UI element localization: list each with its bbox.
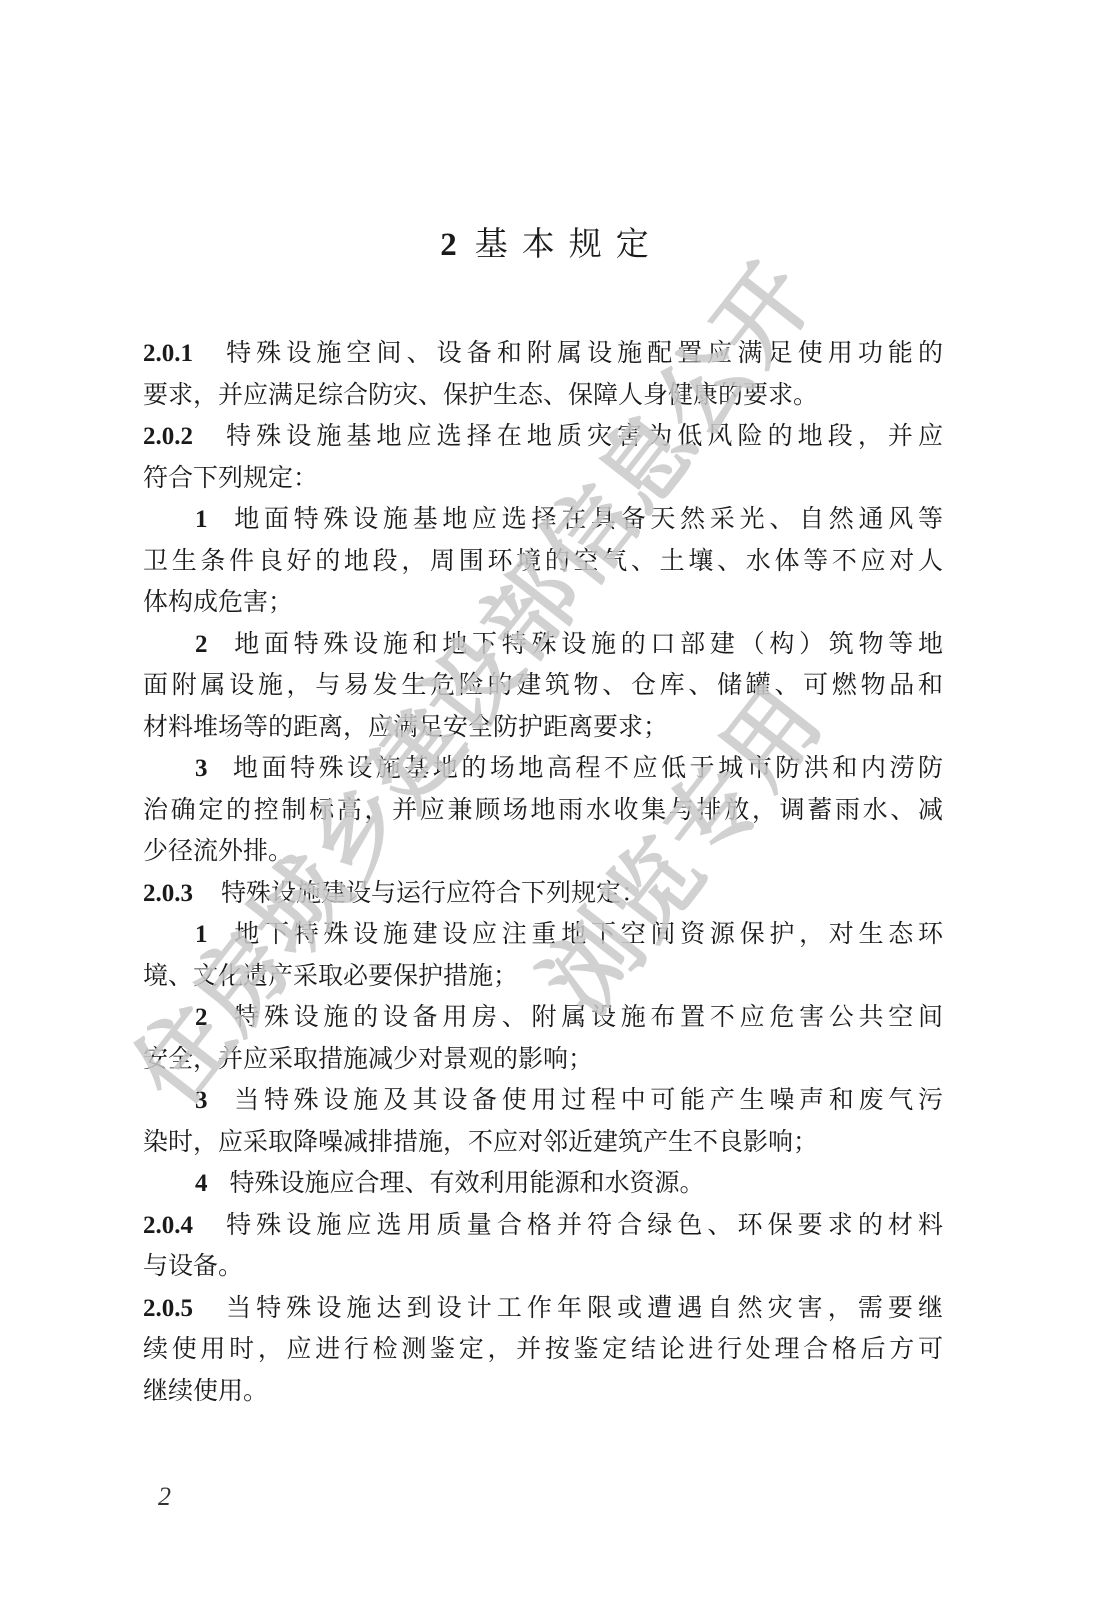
item-line: 3地面特殊设施基地的场地高程不应低于城市防洪和内涝防 (143, 747, 943, 789)
item-text: 面附属设施，与易发生危险的建筑物、仓库、储罐、可燃物品和 (143, 670, 943, 699)
item-line: 2特殊设施的设备用房、附属设施布置不应危害公共空间 (143, 996, 943, 1038)
clause-text: 续使用时，应进行检测鉴定，并按鉴定结论进行处理合格后方可 (143, 1334, 943, 1363)
item-text: 卫生条件良好的地段，周围环境的空气、土壤、水体等不应对人 (143, 546, 943, 575)
clause-text: 特殊设施应选用质量合格并符合绿色、环保要求的材料 (221, 1210, 943, 1239)
item-line: 染时，应采取降噪减排措施，不应对邻近建筑产生不良影响； (143, 1121, 943, 1163)
item-text: 治确定的控制标高，并应兼顾场地雨水收集与排放，调蓄雨水、减 (143, 795, 943, 824)
item-text: 地面特殊设施基地应选择在具备天然采光、自然通风等 (230, 504, 944, 533)
clause-text: 与设备。 (143, 1251, 243, 1280)
item-number: 2 (195, 1004, 208, 1031)
clause-2-0-5-line-1: 2.0.5当特殊设施达到设计工作年限或遭遇自然灾害，需要继 (143, 1287, 943, 1329)
item-line: 境、文化遗产采取必要保护措施； (143, 955, 943, 997)
clause-2-0-3-line-1: 2.0.3特殊设施建设与运行应符合下列规定： (143, 872, 943, 914)
item-number: 4 (195, 1170, 208, 1197)
page-number: 2 (158, 1482, 171, 1512)
clause-text: 特殊设施基地应选择在地质灾害为低风险的地段，并应 (221, 421, 943, 450)
item-text: 少径流外排。 (143, 836, 293, 865)
document-body: 2.0.1特殊设施空间、设备和附属设施配置应满足使用功能的 要求，并应满足综合防… (143, 332, 943, 1411)
item-text: 地面特殊设施和地下特殊设施的口部建（构）筑物等地 (230, 629, 944, 658)
clause-2-0-1-line-2: 要求，并应满足综合防灾、保护生态、保障人身健康的要求。 (143, 374, 943, 416)
item-line: 3当特殊设施及其设备使用过程中可能产生噪声和废气污 (143, 1079, 943, 1121)
clause-2-0-5-line-3: 继续使用。 (143, 1370, 943, 1412)
item-text: 地下特殊设施建设应注重地下空间资源保护，对生态环 (230, 919, 944, 948)
item-text: 材料堆场等的距离，应满足安全防护距离要求； (143, 712, 668, 741)
clause-number: 2.0.5 (143, 1295, 193, 1322)
item-line: 1地面特殊设施基地应选择在具备天然采光、自然通风等 (143, 498, 943, 540)
clause-text: 继续使用。 (143, 1376, 268, 1405)
item-text: 地面特殊设施基地的场地高程不应低于城市防洪和内涝防 (230, 753, 944, 782)
item-text: 体构成危害； (143, 587, 293, 616)
clause-2-0-5-line-2: 续使用时，应进行检测鉴定，并按鉴定结论进行处理合格后方可 (143, 1328, 943, 1370)
clause-number: 2.0.4 (143, 1212, 193, 1239)
item-line: 2地面特殊设施和地下特殊设施的口部建（构）筑物等地 (143, 623, 943, 665)
item-text: 境、文化遗产采取必要保护措施； (143, 961, 518, 990)
item-text: 染时，应采取降噪减排措施，不应对邻近建筑产生不良影响； (143, 1127, 818, 1156)
item-line: 卫生条件良好的地段，周围环境的空气、土壤、水体等不应对人 (143, 540, 943, 582)
item-line: 体构成危害； (143, 581, 943, 623)
clause-2-0-2-line-2: 符合下列规定： (143, 457, 943, 499)
clause-text: 要求，并应满足综合防灾、保护生态、保障人身健康的要求。 (143, 380, 818, 409)
clause-text: 特殊设施空间、设备和附属设施配置应满足使用功能的 (221, 338, 943, 367)
clause-number: 2.0.3 (143, 880, 193, 907)
item-text: 特殊设施应合理、有效利用能源和水资源。 (230, 1168, 705, 1197)
chapter-title-text: 基本规定 (475, 224, 663, 263)
item-number: 1 (195, 921, 208, 948)
item-text: 安全，并应采取措施减少对景观的影响； (143, 1044, 593, 1073)
chapter-title: 2基本规定 (0, 218, 1103, 265)
clause-number: 2.0.1 (143, 340, 193, 367)
clause-2-0-1-line-1: 2.0.1特殊设施空间、设备和附属设施配置应满足使用功能的 (143, 332, 943, 374)
clause-number: 2.0.2 (143, 423, 193, 450)
item-number: 2 (195, 631, 208, 658)
item-line: 安全，并应采取措施减少对景观的影响； (143, 1038, 943, 1080)
item-number: 1 (195, 506, 208, 533)
clause-text: 当特殊设施达到设计工作年限或遭遇自然灾害，需要继 (221, 1293, 943, 1322)
item-text: 特殊设施的设备用房、附属设施布置不应危害公共空间 (230, 1002, 944, 1031)
chapter-number: 2 (440, 227, 457, 263)
clause-2-0-2-line-1: 2.0.2特殊设施基地应选择在地质灾害为低风险的地段，并应 (143, 415, 943, 457)
clause-2-0-4-line-2: 与设备。 (143, 1245, 943, 1287)
clause-2-0-4-line-1: 2.0.4特殊设施应选用质量合格并符合绿色、环保要求的材料 (143, 1204, 943, 1246)
item-line: 面附属设施，与易发生危险的建筑物、仓库、储罐、可燃物品和 (143, 664, 943, 706)
clause-text: 特殊设施建设与运行应符合下列规定： (221, 878, 646, 907)
item-number: 3 (195, 755, 208, 782)
item-line: 少径流外排。 (143, 830, 943, 872)
item-line: 1地下特殊设施建设应注重地下空间资源保护，对生态环 (143, 913, 943, 955)
item-text: 当特殊设施及其设备使用过程中可能产生噪声和废气污 (230, 1085, 944, 1114)
item-line: 4特殊设施应合理、有效利用能源和水资源。 (143, 1162, 943, 1204)
document-page: 住房城乡建设部信息公开 浏览专用 2基本规定 2.0.1特殊设施空间、设备和附属… (0, 0, 1103, 1598)
item-line: 治确定的控制标高，并应兼顾场地雨水收集与排放，调蓄雨水、减 (143, 789, 943, 831)
item-number: 3 (195, 1087, 208, 1114)
item-line: 材料堆场等的距离，应满足安全防护距离要求； (143, 706, 943, 748)
clause-text: 符合下列规定： (143, 463, 318, 492)
